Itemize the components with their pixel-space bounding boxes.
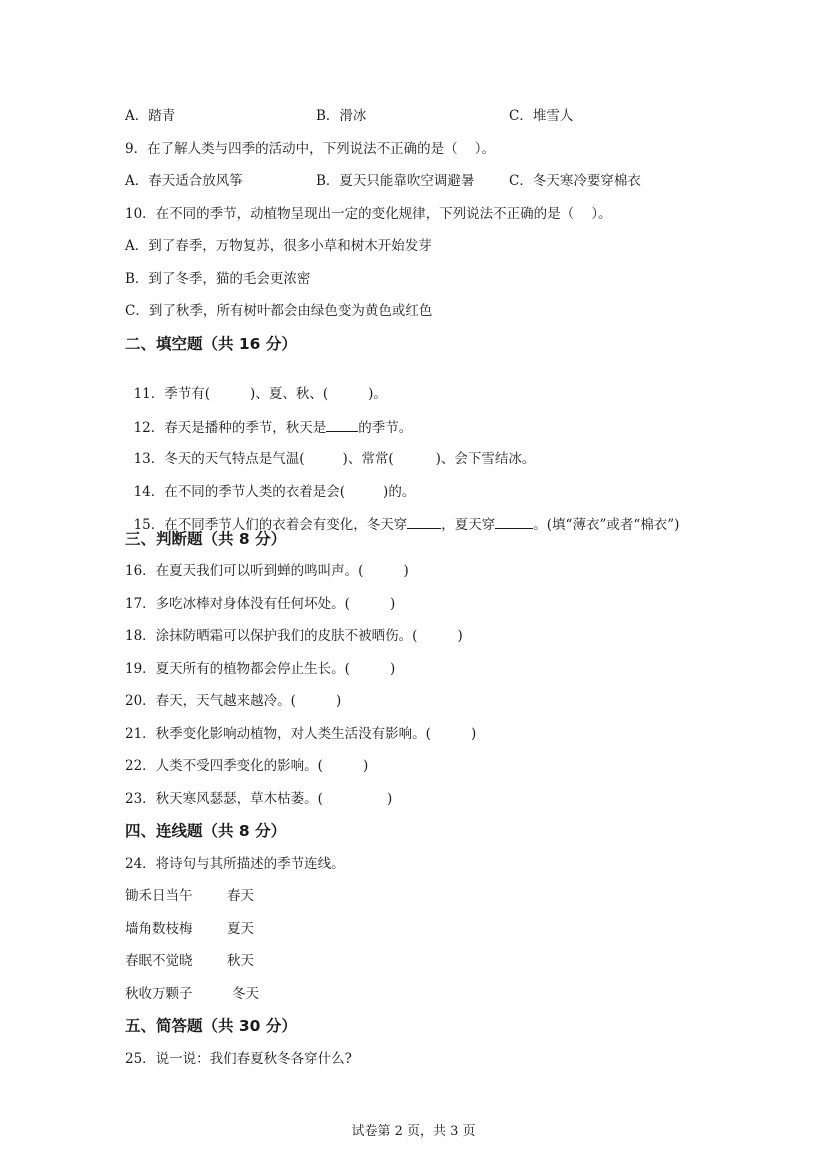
poem-item[interactable]: 锄禾日当午 (125, 887, 193, 905)
judge-item-23: 23．秋天寒风瑟瑟，草木枯萎。() (125, 790, 392, 808)
judge-item-21: 21．秋季变化影响动植物，对人类生活没有影响。() (125, 725, 476, 743)
judge-close-paren: ) (457, 628, 462, 644)
judge-item-20: 20．春天，天气越来越冷。() (125, 692, 341, 710)
judge-text: 19．夏天所有的植物都会停止生长。( (125, 661, 350, 677)
section-short-answer-title: 五、简答题（共 30 分） (125, 1016, 297, 1036)
judge-text: 16．在夏天我们可以听到蝉的鸣叫声。( (125, 563, 363, 579)
q8-option-c: C．堆雪人 (509, 107, 573, 125)
poem-item[interactable]: 墙角数枝梅 (125, 920, 193, 938)
section-matching-title: 四、连线题（共 8 分） (125, 821, 286, 841)
judge-close-paren: ) (336, 693, 341, 709)
judge-text: 18．涂抹防晒霜可以保护我们的皮肤不被晒伤。( (125, 628, 417, 644)
q10-option-c: C．到了秋季，所有树叶都会由绿色变为黄色或红色 (125, 302, 432, 320)
season-item[interactable]: 冬天 (232, 985, 259, 1003)
q11: 11．季节有()、夏、秋、()。 (125, 367, 387, 403)
judge-close-paren: ) (387, 791, 392, 807)
q14: 14．在不同的季节人类的衣着是会()的。 (125, 465, 415, 501)
q9-option-b: B．夏天只能靠吹空调避暑 (316, 172, 474, 190)
q8-option-a: A．踏青 (125, 107, 175, 125)
judge-close-paren: ) (363, 758, 368, 774)
judge-close-paren: ) (471, 726, 476, 742)
q25-stem: 25．说一说：我们春夏秋冬各穿什么? (125, 1050, 352, 1068)
q10-option-b: B．到了冬季，猫的毛会更浓密 (125, 270, 310, 288)
judge-text: 23．秋天寒风瑟瑟，草木枯萎。( (125, 791, 323, 807)
season-item[interactable]: 春天 (227, 887, 254, 905)
q9-option-c: C．冬天寒冷要穿棉衣 (509, 172, 641, 190)
q9-option-a: A．春天适合放风筝 (125, 172, 243, 190)
page-footer: 试卷第 2 页，共 3 页 (0, 1123, 827, 1141)
judge-text: 20．春天，天气越来越冷。( (125, 693, 296, 709)
q15-part3: 。(填“薄衣”或者“棉衣”) (533, 517, 679, 533)
judge-text: 21．秋季变化影响动植物，对人类生活没有影响。( (125, 726, 431, 742)
poem-item[interactable]: 秋收万颗子 (125, 985, 193, 1003)
q24-stem: 24．将诗句与其所描述的季节连线。 (125, 855, 345, 873)
section-fill-blank-title: 二、填空题（共 16 分） (125, 334, 297, 354)
q15-part2: ，夏天穿 (441, 517, 495, 533)
section-judge-title: 三、判断题（共 8 分） (125, 529, 286, 549)
q8-option-b: B．滑冰 (316, 107, 366, 125)
q13: 13．冬天的天气特点是气温()、常常()、会下雪结冰。 (125, 432, 535, 468)
season-item[interactable]: 秋天 (227, 952, 254, 970)
judge-close-paren: ) (403, 563, 408, 579)
q9-stem: 9．在了解人类与四季的活动中，下列说法不正确的是（ ）。 (125, 140, 495, 158)
judge-text: 22．人类不受四季变化的影响。( (125, 758, 323, 774)
q10-stem: 10．在不同的季节，动植物呈现出一定的变化规律，下列说法不正确的是（ ）。 (125, 205, 612, 223)
judge-item-18: 18．涂抹防晒霜可以保护我们的皮肤不被晒伤。() (125, 627, 463, 645)
q15-blank-2[interactable] (495, 515, 533, 529)
judge-item-19: 19．夏天所有的植物都会停止生长。() (125, 660, 395, 678)
judge-item-16: 16．在夏天我们可以听到蝉的鸣叫声。() (125, 562, 409, 580)
judge-close-paren: ) (390, 661, 395, 677)
judge-item-17: 17．多吃冰棒对身体没有任何坏处。() (125, 595, 395, 613)
q15-blank-1[interactable] (407, 515, 441, 529)
poem-item[interactable]: 春眠不觉晓 (125, 952, 193, 970)
q13-part3: )、会下雪结冰。 (436, 451, 536, 467)
judge-item-22: 22．人类不受四季变化的影响。() (125, 757, 368, 775)
judge-close-paren: ) (390, 596, 395, 612)
q10-option-a: A．到了春季，万物复苏，很多小草和树木开始发芽 (125, 237, 432, 255)
judge-text: 17．多吃冰棒对身体没有任何坏处。( (125, 596, 350, 612)
season-item[interactable]: 夏天 (227, 920, 254, 938)
q12-blank[interactable] (326, 418, 358, 432)
